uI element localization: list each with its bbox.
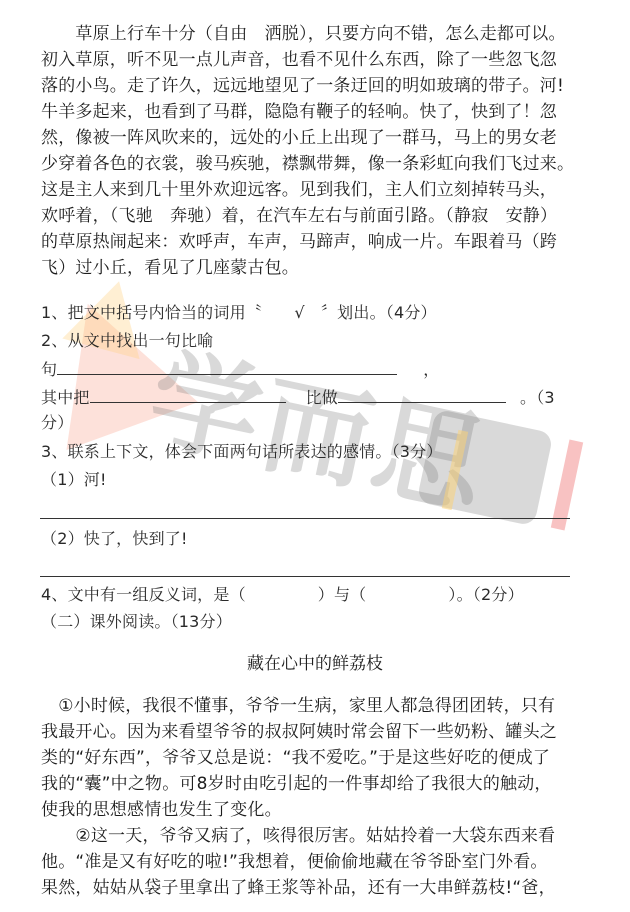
answer-line-2[interactable]	[40, 576, 570, 577]
passage-line: 初入草原，听不见一点儿声音，也看不见什么东西，除了一些忽飞忽	[41, 47, 601, 73]
section-heading: （二）课外阅读。（13分）	[41, 609, 601, 635]
answer-blank-subject[interactable]	[90, 384, 286, 403]
passage-line: 少穿着各色的衣裳，骏马疾驰，襟飘带舞，像一条彩虹向我们飞过来。	[41, 151, 601, 177]
label: 其中把	[41, 388, 90, 407]
answer-blank-sentence[interactable]	[57, 356, 397, 375]
question-3-sub-2: （2）快了，快到了!	[41, 526, 601, 552]
passage-line: 果然，姑姑从袋子里拿出了蜂王浆等补品，还有一大串鲜荔枝!“爸，	[41, 875, 601, 901]
label: 句	[41, 360, 57, 379]
passage-line: 类的“好东西”，爷爷又总是说：“我不爱吃。”于是这些好吃的便成了	[41, 745, 601, 771]
passage-line: 落的小鸟。走了许久，远远地望见了一条迂回的明如玻璃的带子。河!	[41, 73, 601, 99]
passage-line: 然，像被一阵风吹来的，远处的小丘上出现了一群马，马上的男女老	[41, 125, 601, 151]
answer-blank-object[interactable]	[338, 384, 506, 403]
passage-line: 飞）过小丘，看见了几座蒙古包。	[41, 255, 601, 281]
passage-line: ②这一天，爷爷又病了，咳得很厉害。姑姑拎着一大袋东西来看	[41, 823, 601, 849]
exam-page: 学而思 草原上行车十分（自由 洒脱），只要方向不错，怎么走都可以。 初入草原，听…	[0, 0, 630, 912]
passage-line: 牛羊多起来，也看到了马群，隐隐有鞭子的轻响。快了，快到了！忽	[41, 99, 601, 125]
passage-line: 的草原热闹起来：欢呼声，车声，马蹄声，响成一片。车跟着马（跨	[41, 229, 601, 255]
label: 。（3	[520, 388, 555, 407]
passage-line: 草原上行车十分（自由 洒脱），只要方向不错，怎么走都可以。	[41, 21, 601, 47]
label: ，	[423, 360, 439, 379]
passage-line: 我最开心。因为来看望爷爷的叔叔阿姨时常会留下一些奶粉、罐头之	[41, 719, 601, 745]
question-4: 4、文中有一组反义词，是（）与（）。（2分）	[41, 582, 601, 608]
question-2-line-1: 句，	[41, 356, 601, 383]
label: ）。（2分）	[448, 585, 523, 604]
answer-line-1[interactable]	[40, 518, 570, 519]
question-2-title: 2、从文中找出一句比喻	[41, 328, 601, 354]
question-3-sub-1: （1）河!	[41, 467, 601, 493]
passage-line: 我的“囊”中之物。可8岁时由吃引起的一件事却给了我很大的触动，	[41, 771, 601, 797]
passage-line: 欢呼着，（飞驰 奔驰）着，在汽车左右与前面引路。（静寂 安静）	[41, 203, 601, 229]
label: 4、文中有一组反义词，是（	[41, 585, 246, 604]
question-1: 1、把文中括号内恰当的词用〝 √ 〞划出。（4分）	[41, 300, 601, 326]
passage-line: 他。“准是又有好吃的啦!”我想着，便偷偷地藏在爷爷卧室门外看。	[41, 849, 601, 875]
question-2-line-2: 其中把比做。（3	[41, 384, 601, 411]
passage-title: 藏在心中的鲜荔枝	[0, 651, 630, 677]
question-2-line-3: 分）	[41, 410, 601, 436]
label: ）与（	[318, 585, 367, 604]
question-3-title: 3、联系上下文，体会下面两句话所表达的感情。（3分）	[41, 439, 601, 465]
passage-line: 使我的思想感情也发生了变化。	[41, 797, 601, 823]
passage-line: ①小时候，我很不懂事，爷爷一生病，家里人都急得团团转，只有	[41, 693, 601, 719]
label: 比做	[306, 388, 338, 407]
passage-line: 这是主人来到几十里外欢迎远客。见到我们，主人们立刻掉转马头，	[41, 177, 601, 203]
